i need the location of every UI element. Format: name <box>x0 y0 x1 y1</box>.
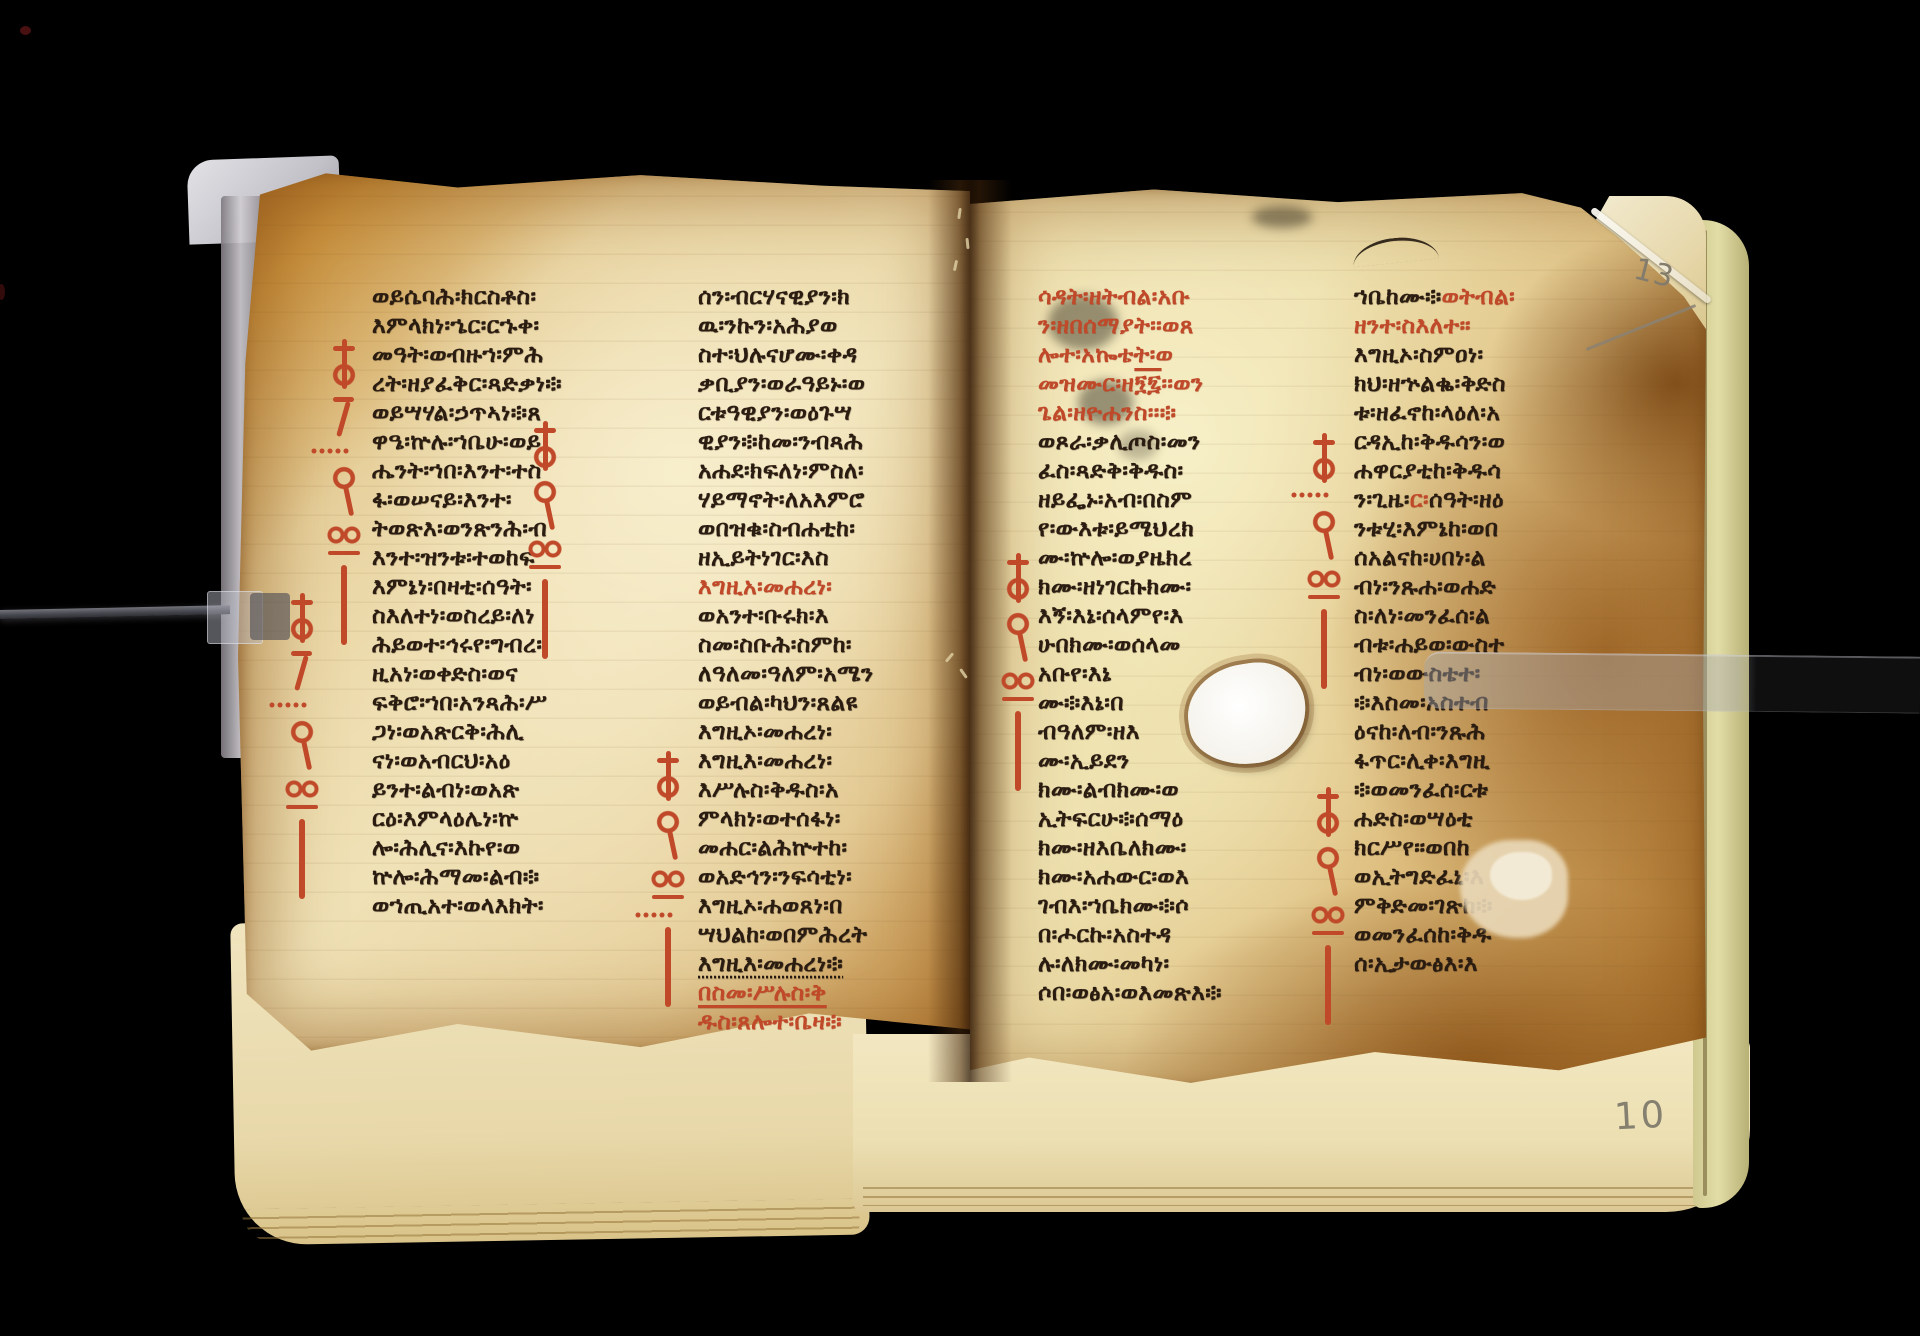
text-segment: ኵሎ፡ሕማመ፡ልብ፨ <box>372 864 539 890</box>
text-segment: እግዚእ፡መሐረነ፡ <box>698 748 832 774</box>
ornament-mark-cross <box>655 751 681 801</box>
ornament-mark-bar <box>341 565 348 645</box>
text-segment: ወኀጢአተ፡ወላእክት፡ <box>372 893 544 919</box>
text-segment: ሰ፡ኢታውፅእ፡እ <box>1354 951 1478 977</box>
text-segment: ይንተ፡ልብነ፡ወአጽ <box>372 777 519 803</box>
text-line: እንተ፡ዝንቱ፡ተወከፍ <box>372 544 640 573</box>
text-segment: ፋጥር፡ሊቀ፡እግዚ <box>1354 748 1490 774</box>
ornament-mark-thirty <box>1000 669 1036 705</box>
text-segment: ሃይማኖት፡ለአእምሮ <box>698 487 865 513</box>
text-segment: እግዚኦ፡ሐወጸነ፡በ <box>698 893 843 919</box>
text-segment: ሣህልከ፡ወበምሕረት <box>698 922 867 948</box>
text-segment: ጌል፡ዘዮሐንስ፡፡፨ <box>1038 400 1176 426</box>
text-line: ርቱዓዊያን፡ወዕጉሣ <box>698 399 950 428</box>
text-line: ስ፡ለነ፡መንፈሰ፡ል <box>1354 602 1654 631</box>
text-line: ስእለተነ፡ወስረይ፡ለነ <box>372 602 640 631</box>
text-line: ወይሣሃል፡ኃጥኣነ፨ጸ <box>372 399 640 428</box>
text-segment: ፺፯ <box>1134 371 1161 397</box>
text-segment: ን፡ጊዜ፡ <box>1354 487 1410 513</box>
text-segment: እግዚእ፡መሐረነ፨ <box>698 951 843 977</box>
text-segment: እሥሉስ፡ቅዱስ፡አ <box>698 777 839 803</box>
text-segment: ሙ፡ኵሎ፡ወያዜክረ <box>1038 545 1192 571</box>
text-line: ቱ፡ዘፈኖከ፡ላዕለ፡አ <box>1354 399 1654 428</box>
text-segment: ወጾራ፡ቃሊጦስ፡መን <box>1038 429 1201 455</box>
text-segment: እግዚአ፡መሐረነ፡ <box>698 574 832 600</box>
text-segment: ወአድኅን፡ንፍሳቲነ፡ <box>698 864 852 890</box>
text-segment: መዓት፡ወብዙኀ፡ምሕ <box>372 342 544 368</box>
text-line: ዋዔ፡ኵሉ፡ኀቤሁ፡ወይ <box>372 428 640 457</box>
text-line: ሣህልከ፡ወበምሕረት <box>698 921 950 950</box>
text-line: እኝ፡እኔ፡ሰላምየ፡እ <box>1038 602 1300 631</box>
text-line: ወይብል፡ካህን፡ጸልዩ <box>698 689 950 718</box>
ornament-mark-thirty <box>1310 903 1346 939</box>
text-segment: ክህ፡ዘኍልቈ፡ቅድስ <box>1354 371 1506 397</box>
text-segment: ወትብል፡ <box>1442 284 1515 310</box>
text-line: እግዚኦ፡ሐወጸነ፡በ <box>698 892 950 921</box>
ornament-mark-bar <box>665 927 672 1007</box>
text-line: ኵሎ፡ሕማመ፡ልብ፨ <box>372 863 640 892</box>
torn-patch <box>1490 852 1552 900</box>
text-line: ዊያን፨ከመ፡ንብጻሕ <box>698 428 950 457</box>
text-segment: ዚአነ፡ወቀድስ፡ወና <box>372 661 518 687</box>
canon-number-ornament <box>527 418 563 662</box>
text-line: ሕይወተ፡ኅሩየ፡ግብረ፡ <box>372 631 640 660</box>
text-segment: እምላክነ፡ኄር፡ርኁቀ፡ <box>372 313 539 339</box>
text-line: ንቱሂ፡እምኔከ፡ወበ <box>1354 515 1654 544</box>
canon-number-ornament <box>1310 784 1346 1028</box>
text-segment: ስመ፡ስቡሕ፡ስምከ፡ <box>698 632 852 658</box>
text-segment: ስ፡ለነ፡መንፈሰ፡ል <box>1354 603 1490 629</box>
text-line: ወአድኅን፡ንፍሳቲነ፡ <box>698 863 950 892</box>
text-segment: ዕናከ፡ለብ፡ንጹሕ <box>1354 719 1486 745</box>
text-line: እሥሉስ፡ቅዱስ፡አ <box>698 776 950 805</box>
text-line: ወይሴባሕ፡ክርስቶስ፡ <box>372 283 640 312</box>
text-segment: ወመንፈሰከ፡ቅዱ <box>1354 922 1492 948</box>
text-segment: እንተ፡ዝንቱ፡ተወከፍ <box>372 545 535 571</box>
text-line: ክሙ፡ዘነገርኩክሙ፡ <box>1038 573 1300 602</box>
ornament-mark-six <box>655 807 681 861</box>
text-line: ዉ፡ንኩን፡አሕያወ <box>698 312 950 341</box>
text-line: ሰ፡ኢታውፅእ፡እ <box>1354 950 1654 979</box>
text-line: በ፡ሖርኩ፡አስተዳ <box>1038 921 1300 950</box>
text-line: ርዕ፡እምላዕሌነ፡ኵ <box>372 805 640 834</box>
text-line: ሐዋርያቲከ፡ቅዱሳ <box>1354 457 1654 486</box>
text-line: ን፡ጊዜ፡ር፡ሰዓት፡ዘዕ <box>1354 486 1654 515</box>
ornament-mark-thirty <box>1306 567 1342 603</box>
ornament-mark-bar <box>1015 711 1022 791</box>
text-segment: የ፡ውእቱ፡ይሜህረክ <box>1038 516 1194 542</box>
ornament-mark-thirty <box>284 777 320 813</box>
text-line: ገብእ፡ኀቤክሙ፨ሶ <box>1038 892 1300 921</box>
text-line: ፋ፡ወሠናይ፡እንተ፡ <box>372 486 640 515</box>
text-segment: መሐር፡ልሕኵተከ፡ <box>698 835 847 861</box>
text-line: ሐድስ፡ወሣዕቲ <box>1354 805 1654 834</box>
text-line: ሃይማኖት፡ለአእምሮ <box>698 486 950 515</box>
text-segment: ፋ፡ወሠናይ፡እንተ፡ <box>372 487 512 513</box>
text-line: ርዳኢከ፡ቅዱሳን፡ወ <box>1354 428 1654 457</box>
text-segment: ጋነ፡ወአጽርቅ፡ሕሊ <box>372 719 524 745</box>
text-segment: አቡየ፡እኔ <box>1038 661 1112 687</box>
text-line: ኀቤከሙ፨ወትብል፡ <box>1354 283 1654 312</box>
text-segment: ሎተ፡አኰቴት፡ወ <box>1038 342 1173 368</box>
text-line: ኢትፍርሁ፨ሰማዕ <box>1038 805 1300 834</box>
text-segment: እኝ፡እኔ፡ሰላምየ፡እ <box>1038 603 1184 629</box>
text-line: ትወጽእ፡ወንጽንሕ፡ብ <box>372 515 640 544</box>
text-line: እግዚአ፡መሐረነ፡ <box>698 573 950 602</box>
text-segment: ፍቅሮ፡ኀበ፡አንጻሕ፡ሥ <box>372 690 547 716</box>
text-line: እግዚኦ፡ስምዐነ፡ <box>1354 341 1654 370</box>
ink-smudge <box>1252 206 1312 228</box>
text-line: እምኔነ፡በዛቲ፡ሰዓት፡ <box>372 573 640 602</box>
text-segment: ርዳኢከ፡ቅዱሳን፡ወ <box>1354 429 1505 455</box>
text-segment: አሐደ፡ክፍለነ፡ምስለ፡ <box>698 458 864 484</box>
text-segment: ብዓለም፡ዘእ <box>1038 719 1140 745</box>
text-line: ብነ፡ንጹሐ፡ወሐድ <box>1354 573 1654 602</box>
text-segment: ርቱዓዊያን፡ወዕጉሣ <box>698 400 852 426</box>
text-segment: ኀቤከሙ፨ <box>1354 284 1442 310</box>
text-line: መዓት፡ወብዙኀ፡ምሕ <box>372 341 640 370</box>
text-segment: ክርሥየ።ወበከ <box>1354 835 1470 861</box>
text-segment: ብነ፡ንጹሐ፡ወሐድ <box>1354 574 1496 600</box>
text-line: መሐር፡ልሕኵተከ፡ <box>698 834 950 863</box>
ornament-mark-six <box>1311 507 1337 561</box>
text-line: ክሙ፡ዘእቤለክሙ፡ <box>1038 834 1300 863</box>
text-segment: ቱ፡ዘፈኖከ፡ላዕለ፡አ <box>1354 400 1500 426</box>
ornament-mark-cross <box>532 421 558 471</box>
text-segment: ወአንተ፡ቡሩክ፡እ <box>698 603 829 629</box>
ornament-mark-thirty <box>326 523 362 559</box>
background-speck <box>20 26 31 35</box>
text-line: ሉ፡ለክሙ፡መካነ፡ <box>1038 950 1300 979</box>
text-line: ን፡ዘበሰማያት፡፡ወጸ <box>1038 312 1300 341</box>
text-segment: ን፡ዘበሰማያት፡፡ወጸ <box>1038 313 1194 339</box>
text-line: ቃቢያን፡ወራዓይኑ፡ወ <box>698 370 950 399</box>
left-page-column-2: ሰን፡ብርሃናዊያን፡ክዉ፡ንኩን፡አሕያወስተ፡ህሉናሆሙ፡ቀዳቃቢያን፡ወራ… <box>698 283 950 1037</box>
text-line: ዘይፌኑ፡አብ፡በስም <box>1038 486 1300 515</box>
text-segment: ሐድስ፡ወሣዕቲ <box>1354 806 1473 832</box>
text-line: አሐደ፡ክፍለነ፡ምስለ፡ <box>698 457 950 486</box>
text-line: ዱስ፡ጸሎተ፡ቤዛ፨ <box>698 1008 950 1037</box>
text-segment: እግዚኦ፡ስምዐነ፡ <box>1354 342 1483 368</box>
text-segment: ሰን፡ብርሃናዊያን፡ክ <box>698 284 850 310</box>
text-line: ጌል፡ዘዮሐንስ፡፡፨ <box>1038 399 1300 428</box>
text-line: ምላክነ፡ወተሰፋነ፡ <box>698 805 950 834</box>
text-line: እግዚእ፡መሐረነ፡ <box>698 747 950 776</box>
ornament-mark-six <box>331 463 357 517</box>
text-segment: ሳዳት፡ዘትብል፡አቡ <box>1038 284 1190 310</box>
text-segment: ሎ፡ሕሊና፡እኩየ፡ወ <box>372 835 520 861</box>
text-segment: ቃቢያን፡ወራዓይኑ፡ወ <box>698 371 865 397</box>
text-segment: ወይሣሃል፡ኃጥኣነ፨ጸ <box>372 400 541 426</box>
text-line: ወኀጢአተ፡ወላእክት፡ <box>372 892 640 921</box>
ornament-mark-cross <box>1311 433 1337 483</box>
text-segment: እግዚኦ፡መሐረነ፡ <box>698 719 832 745</box>
text-line: ጋነ፡ወአጽርቅ፡ሕሊ <box>372 718 640 747</box>
ornament-mark-seven <box>290 649 314 693</box>
background-speck <box>0 284 5 300</box>
text-segment: መዝሙር፡ዘ <box>1038 371 1134 397</box>
text-segment: ናነ፡ወአብርህ፡አዕ <box>372 748 511 774</box>
text-line: ሶበ፡ወፅአ፡ወእመጽእ፨ <box>1038 979 1300 1008</box>
ornament-mark-six <box>1005 609 1031 663</box>
text-line: ይንተ፡ልብነ፡ወአጽ <box>372 776 640 805</box>
text-line: ሙ፡ኵሎ፡ወያዜክረ <box>1038 544 1300 573</box>
ornament-mark-bar <box>1325 945 1332 1025</box>
ornament-mark-seven <box>332 395 356 439</box>
text-segment: ርዕ፡እምላዕሌነ፡ኵ <box>372 806 519 832</box>
text-segment: ስእለተነ፡ወስረይ፡ለነ <box>372 603 535 629</box>
text-segment: ፈስ፡ጻድቅ፡ቅዱስ፡ <box>1038 458 1183 484</box>
text-segment: ንቱሂ፡እምኔከ፡ወበ <box>1354 516 1498 542</box>
text-segment: ዋዔ፡ኵሉ፡ኀቤሁ፡ወይ <box>372 429 541 455</box>
ornament-mark-bar <box>542 579 549 659</box>
text-line: ስተ፡ህሉናሆሙ፡ቀዳ <box>698 341 950 370</box>
text-line: ፋጥር፡ሊቀ፡እግዚ <box>1354 747 1654 776</box>
text-line: ዘንተ፡ስእለተ። <box>1354 312 1654 341</box>
text-segment: ወይብል፡ካህን፡ጸልዩ <box>698 690 858 716</box>
text-segment: ፡፡ወን <box>1161 371 1203 397</box>
right-page-column-1: ሳዳት፡ዘትብል፡አቡን፡ዘበሰማያት፡፡ወጸሎተ፡አኰቴት፡ወመዝሙር፡ዘ፺፯… <box>1038 283 1300 1008</box>
text-segment: ለዓለመ፡ዓለም፡አሜን <box>698 661 874 687</box>
text-line: ናነ፡ወአብርህ፡አዕ <box>372 747 640 776</box>
canon-number-ornament <box>1000 550 1036 794</box>
text-line: ሰአልናከ፡ሀበነ፡ል <box>1354 544 1654 573</box>
text-segment: ር፡ <box>1410 487 1429 513</box>
text-segment: ወይሴባሕ፡ክርስቶስ፡ <box>372 284 536 310</box>
ornament-mark-cross <box>331 339 357 389</box>
text-line: ዕናከ፡ለብ፡ንጹሕ <box>1354 718 1654 747</box>
canon-number-ornament <box>650 748 686 1010</box>
text-segment: ስተ፡ህሉናሆሙ፡ቀዳ <box>698 342 857 368</box>
ornament-mark-cross <box>1005 553 1031 603</box>
support-rod-left <box>0 605 230 619</box>
canon-number-ornament <box>326 336 362 648</box>
ornament-mark-dots <box>268 699 308 711</box>
text-segment: ረት፡ዘያፈቅር፡ጻድቃነ፨ <box>372 371 562 397</box>
text-segment: ኢትፍርሁ፨ሰማዕ <box>1038 806 1184 832</box>
text-segment: ዘንተ፡ስእለተ። <box>1354 313 1471 339</box>
text-segment: ሙ፨እኔ፡በ <box>1038 690 1124 716</box>
text-segment: ክሙ፡ዘእቤለክሙ፡ <box>1038 835 1187 861</box>
text-segment: ሙ፡ኢይደን <box>1038 748 1130 774</box>
text-segment: ሶበ፡ወፅአ፡ወእመጽእ፨ <box>1038 980 1222 1006</box>
ornament-mark-six <box>1315 843 1341 897</box>
ornament-mark-dots <box>634 909 674 921</box>
ornament-mark-six <box>289 717 315 771</box>
text-segment: ዘኢይትነገር፡እስ <box>698 545 829 571</box>
text-segment: ፨ወመንፈሰ፡ርቱ <box>1354 777 1488 803</box>
text-segment: ሕይወተ፡ኅሩየ፡ግብረ፡ <box>372 632 542 658</box>
text-line: እግዚእ፡መሐረነ፨ <box>698 950 950 979</box>
text-line: ክሙ፡አሐውር፡ወእ <box>1038 863 1300 892</box>
ornament-mark-cross <box>289 593 315 643</box>
text-segment: ሰአልናከ፡ሀበነ፡ል <box>1354 545 1486 571</box>
text-segment: ዱስ፡ጸሎተ፡ቤዛ፨ <box>698 1009 842 1035</box>
text-segment: እምኔነ፡በዛቲ፡ሰዓት፡ <box>372 574 532 600</box>
text-line: ሎ፡ሕሊና፡እኩየ፡ወ <box>372 834 640 863</box>
text-segment: ትወጽእ፡ወንጽንሕ፡ብ <box>372 516 547 542</box>
text-line: ዚአነ፡ወቀድስ፡ወና <box>372 660 640 689</box>
text-line: እምላክነ፡ኄር፡ርኁቀ፡ <box>372 312 640 341</box>
text-segment: ክሙ፡አሐውር፡ወእ <box>1038 864 1189 890</box>
folio-number-10: 10 <box>1613 1093 1668 1139</box>
ornament-mark-bar <box>1321 609 1328 689</box>
text-line: ለዓለመ፡ዓለም፡አሜን <box>698 660 950 689</box>
text-line: ሰን፡ብርሃናዊያን፡ክ <box>698 283 950 312</box>
ornament-mark-dots <box>1290 489 1330 501</box>
text-segment: ገብእ፡ኀቤክሙ፨ሶ <box>1038 893 1189 919</box>
plexiglass-clip-left-cap <box>250 593 290 640</box>
text-line: ዘኢይትነገር፡እስ <box>698 544 950 573</box>
text-segment: ሁበክሙ፡ወሰላመ <box>1038 632 1181 658</box>
text-segment: ምላክነ፡ወተሰፋነ፡ <box>698 806 841 832</box>
text-line: ሎተ፡አኰቴት፡ወ <box>1038 341 1300 370</box>
ornament-mark-six <box>532 477 558 531</box>
ornament-mark-bar <box>299 819 306 899</box>
text-line: ወበዝቁ፡ስብሐቲከ፡ <box>698 515 950 544</box>
text-line: ሳዳት፡ዘትብል፡አቡ <box>1038 283 1300 312</box>
ornament-mark-thirty <box>527 537 563 573</box>
text-segment: በ፡ሖርኩ፡አስተዳ <box>1038 922 1171 948</box>
text-segment: ሉ፡ለክሙ፡መካነ፡ <box>1038 951 1169 977</box>
text-segment: ዉ፡ንኩን፡አሕያወ <box>698 313 838 339</box>
text-segment: ሐዋርያቲከ፡ቅዱሳ <box>1354 458 1501 484</box>
text-line: ክሙ፡ልብክሙ፡ወ <box>1038 776 1300 805</box>
left-page-column-1: ወይሴባሕ፡ክርስቶስ፡እምላክነ፡ኄር፡ርኁቀ፡መዓት፡ወብዙኀ፡ምሕረት፡ዘ… <box>372 283 640 921</box>
plexiglass-strip-right <box>1424 651 1920 713</box>
text-line: ሔንት፡ኀበ፡እንተ፡ተስ <box>372 457 640 486</box>
text-line: መዝሙር፡ዘ፺፯፡፡ወን <box>1038 370 1300 399</box>
ornament-mark-dots <box>310 445 350 457</box>
text-line: ፍቅሮ፡ኀበ፡አንጻሕ፡ሥ <box>372 689 640 718</box>
canon-number-ornament <box>1306 430 1342 692</box>
text-line: በስመ፡ሥሉስ፡ቅ <box>698 979 950 1008</box>
text-segment: ሔንት፡ኀበ፡እንተ፡ተስ <box>372 458 542 484</box>
ornament-mark-cross <box>1315 787 1341 837</box>
text-line: ወጾራ፡ቃሊጦስ፡መን <box>1038 428 1300 457</box>
ornament-mark-thirty <box>650 867 686 903</box>
text-segment: ዘይፌኑ፡አብ፡በስም <box>1038 487 1192 513</box>
text-segment: ሰዓት፡ዘዕ <box>1429 487 1504 513</box>
text-line: ስመ፡ስቡሕ፡ስምከ፡ <box>698 631 950 660</box>
manuscript-photo: ወይሴባሕ፡ክርስቶስ፡እምላክነ፡ኄር፡ርኁቀ፡መዓት፡ወብዙኀ፡ምሕረት፡ዘ… <box>0 0 1920 1336</box>
text-segment: በስመ፡ሥሉስ፡ቅ <box>698 980 827 1006</box>
text-line: ረት፡ዘያፈቅር፡ጻድቃነ፨ <box>372 370 640 399</box>
text-line: ወአንተ፡ቡሩክ፡እ <box>698 602 950 631</box>
text-line: ፈስ፡ጻድቅ፡ቅዱስ፡ <box>1038 457 1300 486</box>
text-segment: ዊያን፨ከመ፡ንብጻሕ <box>698 429 863 455</box>
text-segment: ክሙ፡ልብክሙ፡ወ <box>1038 777 1179 803</box>
text-line: ሁበክሙ፡ወሰላመ <box>1038 631 1300 660</box>
text-line: ፨ወመንፈሰ፡ርቱ <box>1354 776 1654 805</box>
text-line: የ፡ውእቱ፡ይሜህረክ <box>1038 515 1300 544</box>
text-line: ክህ፡ዘኍልቈ፡ቅድስ <box>1354 370 1654 399</box>
text-segment: ወበዝቁ፡ስብሐቲከ፡ <box>698 516 855 542</box>
text-line: እግዚኦ፡መሐረነ፡ <box>698 718 950 747</box>
text-segment: ክሙ፡ዘነገርኩክሙ፡ <box>1038 574 1191 600</box>
